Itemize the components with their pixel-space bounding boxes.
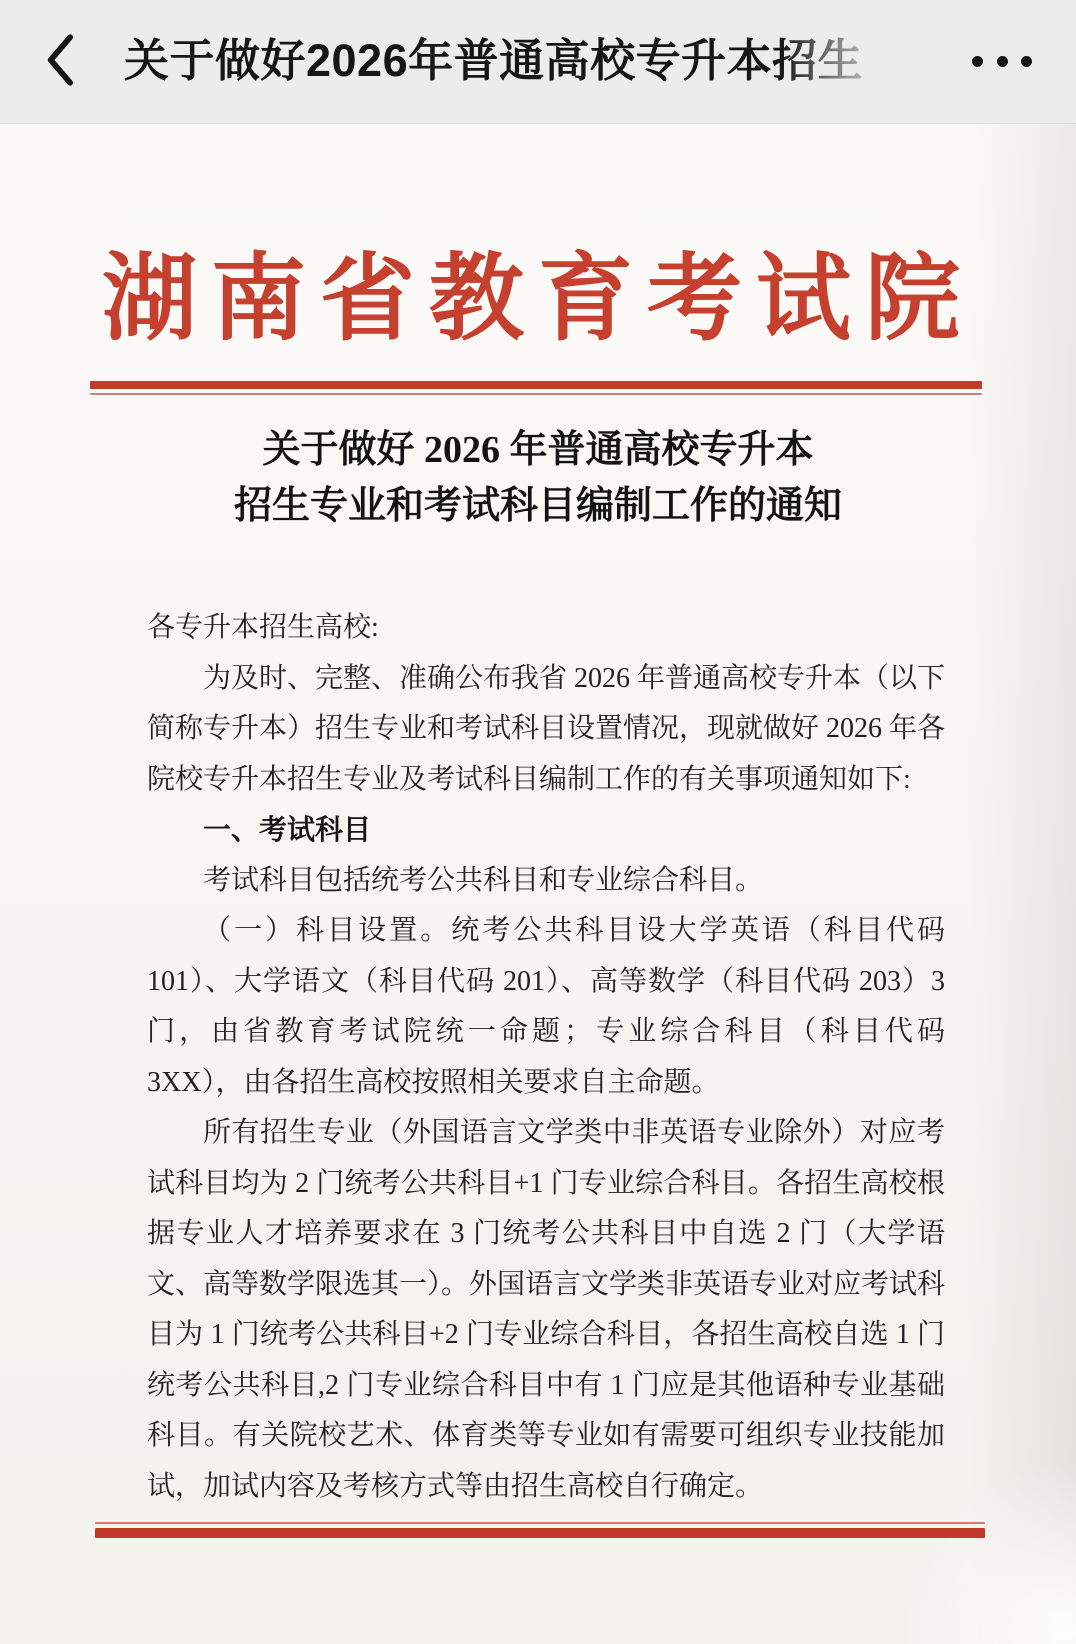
navbar: 关于做好2026年普通高校专升本招生: [0, 0, 1076, 124]
app-screen: 关于做好2026年普通高校专升本招生 湖南省教育考试院 关于做好 2026 年普…: [0, 0, 1076, 1644]
dot-icon: [1021, 56, 1032, 67]
letterhead-title: 湖南省教育考试院: [0, 243, 1076, 355]
document-title-line1: 关于做好 2026 年普通高校专升本: [0, 422, 1076, 478]
navbar-title: 关于做好2026年普通高校专升本招生: [124, 0, 863, 123]
section-heading: 一、考试科目: [147, 805, 945, 856]
document-page: 湖南省教育考试院 关于做好 2026 年普通高校专升本 招生专业和考试科目编制工…: [0, 123, 1076, 1644]
letterhead-divider-thick: [90, 381, 982, 389]
document-body: 各专升本招生高校: 为及时、完整、准确公布我省 2026 年普通高校专升本（以下…: [147, 603, 945, 1512]
dot-icon: [997, 56, 1008, 67]
footer-divider-thin: [95, 1522, 985, 1524]
salutation: 各专升本招生高校:: [147, 603, 945, 654]
document-paragraph: 所有招生专业（外国语言文学类中非英语专业除外）对应考试科目均为 2 门统考公共科…: [147, 1108, 945, 1512]
dot-icon: [972, 56, 983, 67]
document-paragraph: 为及时、完整、准确公布我省 2026 年普通高校专升本（以下简称专升本）招生专业…: [147, 654, 945, 806]
letterhead-divider-thin: [90, 393, 982, 395]
back-icon[interactable]: [42, 33, 78, 87]
footer-divider-thick: [95, 1528, 985, 1538]
document-paragraph: （一）科目设置。统考公共科目设大学英语（科目代码 101）、大学语文（科目代码 …: [147, 906, 945, 1108]
navbar-title-wrap: 关于做好2026年普通高校专升本招生: [124, 0, 924, 123]
document-paragraph: 考试科目包括统考公共科目和专业综合科目。: [147, 856, 945, 907]
document-title-line2: 招生专业和考试科目编制工作的通知: [0, 478, 1076, 534]
more-menu-icon[interactable]: [972, 0, 1032, 123]
document-title: 关于做好 2026 年普通高校专升本 招生专业和考试科目编制工作的通知: [0, 422, 1076, 534]
